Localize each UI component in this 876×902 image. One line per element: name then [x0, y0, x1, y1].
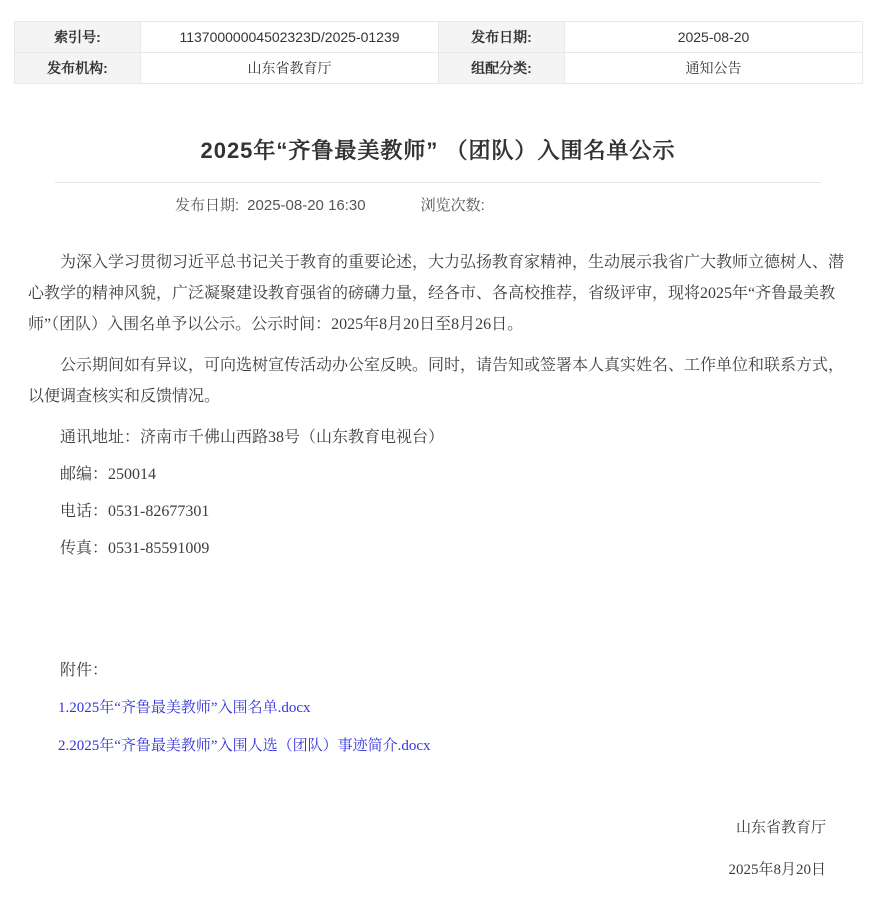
article-title: 2025年“齐鲁最美教师” （团队）入围名单公示	[40, 134, 836, 165]
contact-address-line: 通讯地址：济南市千佛山西路38号（山东教育电视台）	[28, 422, 848, 453]
attachment-row: 1.2025年“齐鲁最美教师”入围名单.docx	[28, 693, 848, 724]
publish-datetime-value: 2025-08-20 16:30	[247, 197, 365, 214]
issuing-agency-label: 发布机构:	[15, 53, 141, 84]
category-value: 通知公告	[565, 53, 863, 84]
title-divider	[55, 182, 821, 183]
body-paragraph-1: 为深入学习贯彻习近平总书记关于教育的重要论述，大力弘扬教育家精神，生动展示我省广…	[28, 247, 848, 340]
index-number-value: 11370000004502323D/2025-01239	[141, 22, 439, 53]
index-number-label: 索引号:	[15, 22, 141, 53]
body-paragraph-2: 公示期间如有异议，可向选树宣传活动办公室反映。同时，请告知或签署本人真实姓名、工…	[28, 350, 848, 412]
publish-datetime-label: 发布日期:	[175, 197, 239, 214]
attachment-link-2[interactable]: 2.2025年“齐鲁最美教师”入围人选（团队）事迹简介.docx	[58, 738, 430, 754]
publish-date-value: 2025-08-20	[565, 22, 863, 53]
attachment-link-1[interactable]: 1.2025年“齐鲁最美教师”入围名单.docx	[58, 700, 310, 716]
publish-date-label: 发布日期:	[439, 22, 565, 53]
issuing-agency-value: 山东省教育厅	[141, 53, 439, 84]
article-content: 为深入学习贯彻习近平总书记关于教育的重要论述，大力弘扬教育家精神，生动展示我省广…	[0, 247, 876, 880]
info-table-row: 发布机构: 山东省教育厅 组配分类: 通知公告	[15, 53, 863, 84]
contact-phone-line: 电话：0531-82677301	[28, 496, 848, 527]
info-table-row: 索引号: 11370000004502323D/2025-01239 发布日期:…	[15, 22, 863, 53]
content-spacer	[28, 570, 848, 655]
view-count-label: 浏览次数:	[421, 197, 485, 214]
attachments-label: 附件：	[28, 655, 848, 686]
contact-postcode-line: 邮编：250014	[28, 459, 848, 490]
article-meta-row: 发布日期:2025-08-20 16:30浏览次数:	[0, 194, 876, 215]
category-label: 组配分类:	[439, 53, 565, 84]
document-info-table: 索引号: 11370000004502323D/2025-01239 发布日期:…	[14, 21, 863, 84]
document-page: 索引号: 11370000004502323D/2025-01239 发布日期:…	[0, 21, 876, 880]
signature-org: 山东省教育厅	[28, 818, 826, 838]
signature-block: 山东省教育厅 2025年8月20日	[28, 818, 848, 880]
signature-date: 2025年8月20日	[28, 860, 826, 880]
contact-fax-line: 传真：0531-85591009	[28, 533, 848, 564]
attachment-row: 2.2025年“齐鲁最美教师”入围人选（团队）事迹简介.docx	[28, 731, 848, 762]
